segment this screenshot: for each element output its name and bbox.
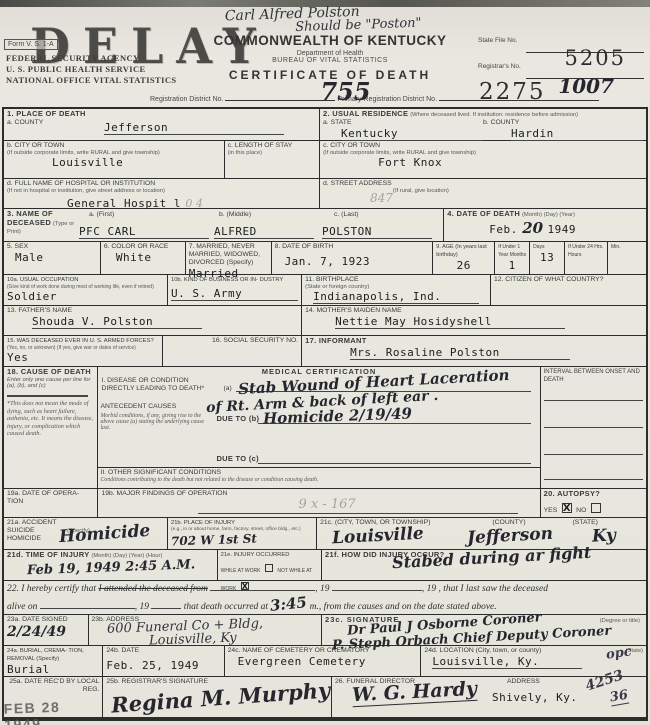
field-3-name: 3. NAME OF DECEASED (Type or Print) a. (…: [4, 209, 444, 241]
agency-line1: FEDERAL SECURITY AGENCY: [6, 53, 177, 64]
field-1d-note: (If not in hospital or institution, give…: [7, 188, 316, 194]
field-19b-pencil: 9 x - 167: [298, 497, 355, 512]
field-21a-value: Homicide: [58, 521, 151, 547]
bureau-line: BUREAU OF VITAL STATISTICS: [195, 57, 465, 64]
field-21c-state-label: (STATE): [573, 519, 598, 526]
autopsy-yes-checkbox: X: [562, 503, 572, 513]
interval-label: INTERVAL BETWEEN ONSET AND DEATH: [544, 368, 643, 384]
field-11-birthplace: 11. BIRTHPLACE(State or foreign country)…: [302, 275, 491, 305]
death-certificate-document: Carl Alfred Polston Should be "Poston" D…: [0, 0, 650, 725]
interval-column: INTERVAL BETWEEN ONSET AND DEATH: [541, 367, 646, 488]
field-22-certification: 22. I hereby certify that I attended the…: [4, 581, 646, 614]
field-10a-label: 10a. USUAL OCCUPATION: [7, 276, 164, 284]
field-9-months: If Under 1 Year Months 1: [495, 242, 530, 274]
while-at-work-label: WHILE AT WORK: [221, 568, 261, 574]
field-15-label: 15. WAS DECEASED EVER IN U. S. ARMED FOR…: [7, 337, 159, 345]
field-13-value: Shouda V. Polston: [32, 315, 202, 329]
autopsy-no-label: NO: [576, 507, 586, 514]
field-18-cause-label-col: 18. CAUSE OF DEATH Enter only one cause …: [4, 367, 98, 488]
primary-district-number: 2275: [479, 79, 546, 105]
field-18-a-prefix: (a): [223, 385, 231, 393]
cause-b-value: Homicide 2/19/49: [263, 404, 413, 427]
field-9-months-value: 1: [498, 259, 526, 272]
field-9-months-label: If Under 1 Year Months: [498, 243, 526, 259]
field-9-value: 26: [436, 259, 491, 272]
field-6-label: 6. COLOR OR RACE: [104, 243, 182, 251]
certify-mid1: , 19: [315, 584, 329, 594]
field-21c-state: Ky: [592, 525, 617, 546]
state-file-label: State File No.: [478, 37, 517, 44]
field-6-race: 6. COLOR OR RACE White: [101, 242, 186, 274]
field-3-middle-value: ALFRED: [214, 225, 314, 239]
field-14-mother: 14. MOTHER'S MAIDEN NAME Nettie May Hosi…: [302, 306, 646, 335]
commonwealth-title: COMMONWEALTH OF KENTUCKY: [195, 33, 465, 48]
field-12-label: 12. CITIZEN OF WHAT COUNTRY?: [494, 276, 643, 284]
certify-line2d: m., from the causes and on the date stat…: [310, 602, 497, 612]
field-18-ii-note: Conditions contributing to the death but…: [100, 477, 400, 483]
field-21c-city: Louisville: [332, 524, 425, 549]
state-file-row: State File No. 5205: [478, 29, 646, 55]
field-9-days-label: Days: [533, 243, 561, 251]
field-23c-signature: 23c. SIGNATURE (Degree or title) Dr Paul…: [322, 615, 646, 645]
autopsy-no-checkbox: [591, 503, 601, 513]
reg-district-label: Registration District No.: [150, 96, 224, 103]
field-24a-label: 24a. BURIAL, CREMA- TION, REMOVAL (Speci…: [7, 647, 99, 663]
field-23b-address: 23b. ADDRESS 600 Funeral Co + Bldg, Loui…: [89, 615, 323, 645]
field-2-note: (Where deceased lived. If institution: r…: [410, 112, 578, 118]
field-18-i-label: I. DISEASE OR CONDITION DIRECTLY LEADING…: [101, 377, 221, 393]
field-1b-label: b. CITY OR TOWN: [7, 142, 221, 150]
field-2a-value: Kentucky: [341, 127, 483, 141]
field-10a-occupation: 10a. USUAL OCCUPATION (Give kind of work…: [4, 275, 168, 305]
field-9-age: 9. AGE (In years last birthday) 26: [433, 242, 495, 274]
field-24d-label: 24d. LOCATION (City, town, or county): [424, 647, 541, 654]
field-2d-note: (If rural, give location): [393, 188, 643, 194]
field-4-month: Feb.: [489, 223, 518, 236]
field-2c-value: Fort Knox: [378, 156, 643, 169]
form-grid: 1. PLACE OF DEATH a. COUNTY Jefferson 2.…: [2, 107, 648, 721]
field-21d-label: 21d. TIME OF INJURY: [7, 550, 90, 559]
field-2c-label: c. CITY OR TOWN: [323, 142, 643, 150]
field-9-label: 9. AGE (In years last birthday): [436, 243, 491, 259]
certify-struck: I attended the deceased from: [98, 584, 207, 594]
field-3-last-label: c. (Last): [334, 211, 359, 219]
field-24b-value: Feb. 25, 1949: [106, 659, 220, 672]
field-12-citizen: 12. CITIZEN OF WHAT COUNTRY?: [491, 275, 646, 305]
file-numbers: State File No. 5205 Registrar's No. 1007: [478, 29, 646, 81]
field-4-date-of-death: 4. DATE OF DEATH (Month) (Day) (Year) Fe…: [444, 209, 646, 241]
field-26-address-value: Shively, Ky.: [492, 691, 577, 704]
field-25a-date-received: 25a. DATE REC'D BY LOCAL REG. FEB 28 194…: [4, 677, 103, 717]
field-1-title: 1. PLACE OF DEATH: [7, 109, 86, 118]
certify-tail1: , that I last saw the deceased: [438, 584, 548, 594]
field-10a-value: Soldier: [7, 290, 164, 303]
field-23a-label: 23a. DATE SIGNED: [7, 616, 85, 624]
field-18-note2: *This does not mean the mode of dying, s…: [7, 400, 94, 438]
field-5-label: 5. SEX: [7, 243, 97, 251]
reg-district-number: 755: [320, 77, 370, 106]
field-10b-value: U. S. Army: [171, 287, 298, 301]
field-1c-length-of-stay: c. LENGTH OF STAY (in this place): [225, 141, 320, 178]
state-file-line: 5205: [526, 52, 644, 53]
field-1b-value: Louisville: [52, 156, 221, 169]
received-date-stamp: FEB 28 1949: [3, 697, 102, 725]
while-at-work-checkbox: [265, 564, 273, 572]
field-17-label: 17. INFORMANT: [305, 336, 366, 345]
field-19b-findings: 19b. MAJOR FINDINGS OF OPERATION 9 x - 1…: [98, 489, 540, 517]
field-11-label: 11. BIRTHPLACE: [305, 276, 487, 284]
field-8-value: Jan. 7, 1923: [285, 255, 430, 268]
field-18-ii-label: II. OTHER SIGNIFICANT CONDITIONS: [100, 469, 221, 477]
field-8-dob: 8. DATE OF BIRTH Jan. 7, 1923: [272, 242, 434, 274]
field-2d-label: d. STREET ADDRESS: [323, 180, 643, 188]
field-21a-manner: 21a. ACCIDENT SUICIDE HOMICIDE (Specify)…: [4, 518, 168, 549]
field-9-min-label: Min.: [611, 243, 643, 251]
field-15-armed-forces: 15. WAS DECEASED EVER IN U. S. ARMED FOR…: [4, 336, 163, 366]
field-26-scribble2: 36: [609, 688, 630, 707]
field-3-first-value: PFC CARL: [79, 225, 209, 239]
field-24a-burial: 24a. BURIAL, CREMA- TION, REMOVAL (Speci…: [4, 646, 103, 676]
field-25b-registrar-signature: 25b. REGISTRAR'S SIGNATURE Regina M. Mur…: [103, 677, 332, 717]
field-1-place-of-death: 1. PLACE OF DEATH a. COUNTY Jefferson: [4, 109, 320, 140]
field-26-address-label: ADDRESS: [507, 678, 540, 685]
field-24d-scribble: opc: [605, 644, 633, 662]
field-18-title: 18. CAUSE OF DEATH: [7, 367, 91, 376]
field-2a-label: a. STATE: [323, 119, 483, 127]
field-10b-industry: 10b. KIND OF BUSINESS OR IN- DUSTRY U. S…: [168, 275, 302, 305]
certify-line2b: , 19: [135, 602, 149, 612]
field-9-days-value: 13: [533, 251, 561, 264]
certify-time: 3:45: [270, 595, 308, 614]
field-10b-label: 10b. KIND OF BUSINESS OR IN- DUSTRY: [171, 276, 298, 284]
field-24a-value: Burial: [7, 663, 99, 676]
antecedent-note: Morbid conditions, if any, giving rise t…: [100, 413, 205, 431]
field-21e-injury-occurred: 21e. INJURY OCCURRED WHILE AT WORK NOT W…: [218, 550, 322, 580]
primary-district-line: 2275: [439, 91, 599, 101]
field-9-hours-label: If Under 24 Hrs. Hours: [568, 243, 604, 259]
district-row: Registration District No. 755 Primary Re…: [150, 91, 650, 103]
field-2d-pencil: 847: [370, 191, 393, 205]
field-21d-time-of-injury: 21d. TIME OF INJURY (Month) (Day) (Year)…: [4, 550, 218, 580]
field-2c-city: c. CITY OR TOWN (If outside corporate li…: [320, 141, 646, 178]
field-3-middle-label: b. (Middle): [219, 211, 251, 219]
field-13-father: 13. FATHER'S NAME Shouda V. Polston: [4, 306, 302, 335]
field-21e-label: 21e. INJURY OCCURRED: [221, 551, 318, 559]
field-21b-label: 21b. PLACE OF INJURY: [171, 519, 313, 527]
department-line: Department of Health: [195, 50, 465, 57]
field-15-value: Yes: [7, 351, 159, 364]
field-26-funeral-director: 26. FUNERAL DIRECTOR ADDRESS W. G. Hardy…: [332, 677, 646, 717]
field-3-title: 3. NAME OF DECEASED: [7, 209, 53, 227]
antecedent-label: ANTECEDENT CAUSES: [100, 403, 176, 411]
registrar-no-row: Registrar's No. 1007: [478, 55, 646, 81]
field-8-label: 8. DATE OF BIRTH: [275, 243, 430, 251]
reg-district-line: 755: [225, 91, 335, 101]
field-2-title: 2. USUAL RESIDENCE: [323, 109, 408, 118]
field-11-value: Indianapolis, Ind.: [313, 290, 479, 304]
autopsy-yes-label: YES: [544, 507, 558, 514]
field-9-min: Min.: [608, 242, 646, 274]
field-1a-value: Jefferson: [104, 121, 284, 135]
certify-lead: 22. I hereby certify that: [7, 584, 96, 594]
field-5-value: Male: [15, 251, 97, 264]
field-24b-date: 24b. DATE Feb. 25, 1949: [103, 646, 224, 676]
agency-line3: NATIONAL OFFICE VITAL STATISTICS: [6, 75, 177, 86]
field-20-autopsy: 20. AUTOPSY? YES X NO: [541, 489, 646, 517]
agency-line2: U. S. PUBLIC HEALTH SERVICE: [6, 64, 177, 75]
field-23a-value: 2/24/49: [7, 624, 85, 640]
field-20-label: 20. AUTOPSY?: [544, 489, 601, 498]
field-1b-city: b. CITY OR TOWN (If outside corporate li…: [4, 141, 225, 178]
field-24b-label: 24b. DATE: [106, 647, 220, 655]
field-18-note1: Enter only one cause per line for (a), (…: [7, 377, 94, 389]
field-24c-value: Evergreen Cemetery: [238, 655, 418, 668]
field-9-hours: If Under 24 Hrs. Hours: [565, 242, 608, 274]
field-18-medical-certification: MEDICAL CERTIFICATION I. DISEASE OR COND…: [98, 367, 540, 488]
field-3-first-label: a. (First): [89, 211, 114, 219]
field-4-day: 20: [522, 219, 543, 237]
field-16-label: 16. SOCIAL SECURITY NO.: [166, 337, 298, 345]
field-25a-label: 25a. DATE REC'D BY LOCAL REG.: [7, 678, 99, 694]
field-17-informant: 17. INFORMANT Mrs. Rosaline Polston: [302, 336, 646, 366]
certify-line2c: that death occurred at: [184, 602, 268, 612]
field-6-value: White: [116, 251, 182, 264]
field-14-label: 14. MOTHER'S MAIDEN NAME: [305, 307, 643, 315]
field-21b-place-of-injury: 21b. PLACE OF INJURY (e.g., in or about …: [168, 518, 317, 549]
field-2d-street: d. STREET ADDRESS (If rural, give locati…: [320, 179, 646, 208]
certificate-header: Carl Alfred Polston Should be "Poston" D…: [0, 7, 650, 107]
field-4-year: 1949: [548, 223, 577, 236]
title-block: COMMONWEALTH OF KENTUCKY Department of H…: [195, 33, 465, 82]
field-21b-value: 702 W 1st St: [171, 530, 313, 549]
field-19a-label: 19a. DATE OF OPERA- TION: [7, 490, 94, 506]
certify-mid2: , 19: [422, 584, 436, 594]
field-14-value: Nettie May Hosidyshell: [335, 315, 565, 329]
field-17-value: Mrs. Rosaline Polston: [350, 346, 570, 360]
field-1c-label: c. LENGTH OF STAY: [228, 142, 316, 150]
field-21f-how: 21f. HOW DID INJURY OCCUR? Stabed during…: [322, 550, 646, 580]
due-to-c-label: DUE TO (c): [216, 454, 258, 463]
field-21c-location: 21c. (CITY, TOWN, OR TOWNSHIP) (COUNTY) …: [317, 518, 646, 549]
field-1d-hospital: d. FULL NAME OF HOSPITAL OR INSTITUTION …: [4, 179, 320, 208]
field-7-label: 7. MARRIED, NEVER MARRIED, WIDOWED, DIVO…: [189, 243, 268, 267]
form-number: Form V. S. 1-A: [4, 39, 58, 50]
agency-block: FEDERAL SECURITY AGENCY U. S. PUBLIC HEA…: [6, 53, 177, 86]
field-19a-operation-date: 19a. DATE OF OPERA- TION: [4, 489, 98, 517]
due-to-b-label: DUE TO (b): [216, 414, 259, 423]
field-3-last-value: POLSTON: [322, 225, 432, 239]
field-23a-date-signed: 23a. DATE SIGNED 2/24/49: [4, 615, 89, 645]
field-9-days: Days 13: [530, 242, 565, 274]
field-1d-label: d. FULL NAME OF HOSPITAL OR INSTITUTION: [7, 180, 316, 188]
field-4-cols: (Month) (Day) (Year): [522, 212, 575, 218]
field-24d-value: Louisville, Ky.: [432, 655, 582, 669]
field-7-marital: 7. MARRIED, NEVER MARRIED, WIDOWED, DIVO…: [186, 242, 272, 274]
field-16-ssn: 16. SOCIAL SECURITY NO.: [163, 336, 302, 366]
field-2b-label: b. COUNTY: [483, 119, 643, 127]
field-5-sex: 5. SEX Male: [4, 242, 101, 274]
field-4-title: 4. DATE OF DEATH: [447, 209, 520, 218]
field-2-usual-residence: 2. USUAL RESIDENCE (Where deceased lived…: [320, 109, 646, 140]
field-2b-value: Hardin: [511, 127, 643, 141]
field-24c-cemetery: 24c. NAME OF CEMETERY OR CREMATORY Everg…: [225, 646, 422, 676]
field-1c-note: (in this place): [228, 150, 316, 156]
field-13-label: 13. FATHER'S NAME: [7, 307, 298, 315]
certify-line2a: alive on: [7, 602, 37, 612]
registrar-no-label: Registrar's No.: [478, 63, 521, 70]
